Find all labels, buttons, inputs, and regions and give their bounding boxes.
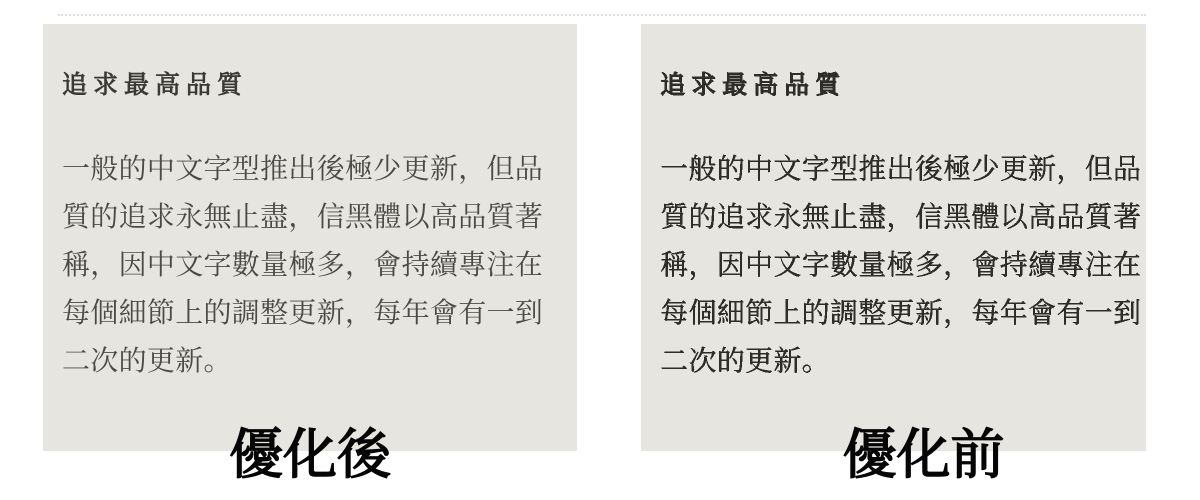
body-line: 每個細節上的調整更新，每年會有一到: [660, 289, 1134, 337]
caption-before: 優化前: [671, 424, 1176, 486]
body-line: 質的追求永無止盡，信黑體以高品質著: [660, 193, 1134, 241]
panel-body-text: 一般的中文字型推出後極少更新，但品 質的追求永無止盡，信黑體以高品質著 稱，因中…: [62, 145, 565, 385]
body-line: 二次的更新。: [660, 337, 1134, 385]
body-line: 一般的中文字型推出後極少更新，但品: [660, 145, 1134, 193]
body-line: 每個細節上的調整更新，每年會有一到: [62, 289, 565, 337]
panel-optimized-before: 追求最高品質 一般的中文字型推出後極少更新，但品 質的追求永無止盡，信黑體以高品…: [641, 24, 1146, 451]
body-line: 稱，因中文字數量極多，會持續專注在: [62, 241, 565, 289]
top-dotted-divider: [58, 14, 1146, 16]
caption-after: 優化後: [43, 424, 577, 486]
font-rendering-comparison: 追求最高品質 一般的中文字型推出後極少更新，但品 質的追求永無止盡，信黑體以高品…: [0, 0, 1200, 500]
panel-optimized-after: 追求最高品質 一般的中文字型推出後極少更新，但品 質的追求永無止盡，信黑體以高品…: [43, 24, 577, 451]
panel-body-text: 一般的中文字型推出後極少更新，但品 質的追求永無止盡，信黑體以高品質著 稱，因中…: [660, 145, 1134, 385]
panel-title: 追求最高品質: [660, 71, 1134, 100]
body-line: 一般的中文字型推出後極少更新，但品: [62, 145, 565, 193]
panel-title: 追求最高品質: [62, 71, 565, 100]
body-line: 質的追求永無止盡，信黑體以高品質著: [62, 193, 565, 241]
body-line: 二次的更新。: [62, 337, 565, 385]
body-line: 稱，因中文字數量極多，會持續專注在: [660, 241, 1134, 289]
